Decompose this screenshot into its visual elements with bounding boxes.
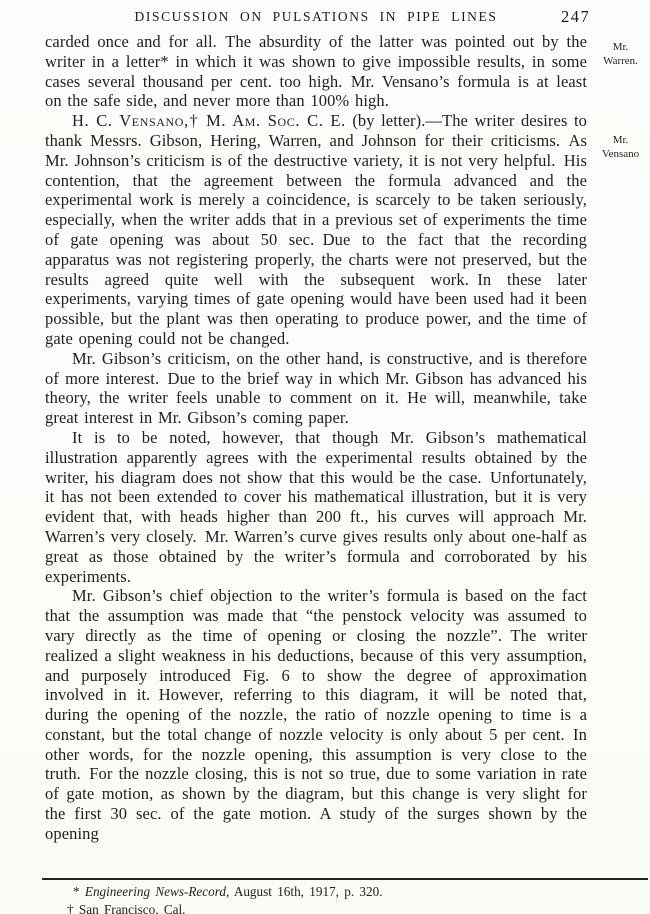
margin-note-line: Warren. <box>592 55 649 69</box>
page-number: 247 <box>561 7 605 27</box>
margin-note-vensano: Mr. Vensano <box>592 134 649 161</box>
footnote-asterisk: * Engineering News-Record, August 16th, … <box>67 883 607 901</box>
footnotes-block: * Engineering News-Record, August 16th, … <box>67 883 607 914</box>
running-title: DISCUSSION ON PULSATIONS IN PIPE LINES <box>45 9 587 25</box>
footnote-dagger: † San Francisco, Cal. <box>67 901 607 914</box>
paragraph-chief-objection: Mr. Gibson’s chief objection to the writ… <box>45 586 587 843</box>
margin-note-line: Vensano <box>592 148 649 162</box>
footnote-rule <box>42 878 648 880</box>
body-text-column: carded once and for all. The absurdity o… <box>45 32 587 844</box>
scanned-paper-page: DISCUSSION ON PULSATIONS IN PIPE LINES 2… <box>0 0 650 914</box>
paragraph-vensano-reply: H. C. Vensano,† M. Am. Soc. C. E. (by le… <box>45 111 587 349</box>
margin-note-line: Mr. <box>592 134 649 148</box>
margin-note-warren: Mr. Warren. <box>592 41 649 68</box>
margin-note-line: Mr. <box>592 41 649 55</box>
paragraph-gibson-criticism: Mr. Gibson’s criticism, on the other han… <box>45 349 587 428</box>
paragraph-continued: carded once and for all. The absurdity o… <box>45 32 587 111</box>
paragraph-mathematical-illustration: It is to be noted, however, that though … <box>45 428 587 586</box>
